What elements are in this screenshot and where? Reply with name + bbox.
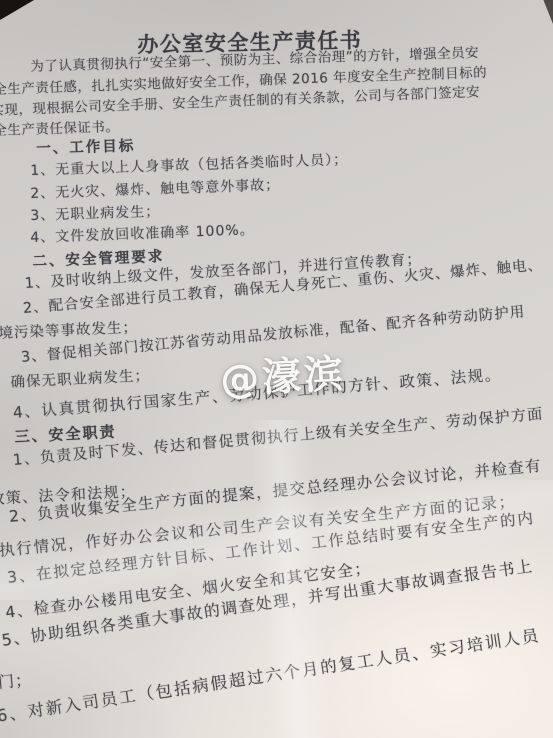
watermark-text: @濠滨 (219, 343, 348, 406)
paper-photo: 办公室安全生产责任书 为了认真贯彻执行“安全第一、预防为主、综合治理”的方针，增… (0, 0, 553, 738)
section-1-item-3: 3、无职业病发生； (30, 201, 160, 225)
section-1-heading: 一、工作目标 (36, 134, 136, 158)
photo-background-corner-top-right (541, 0, 553, 24)
photo-background-corner-top-left (0, 0, 34, 20)
section-2-item-3-cont: 确保无职业病发生； (10, 364, 150, 392)
section-3-item-5-cont: 门； (0, 667, 33, 693)
